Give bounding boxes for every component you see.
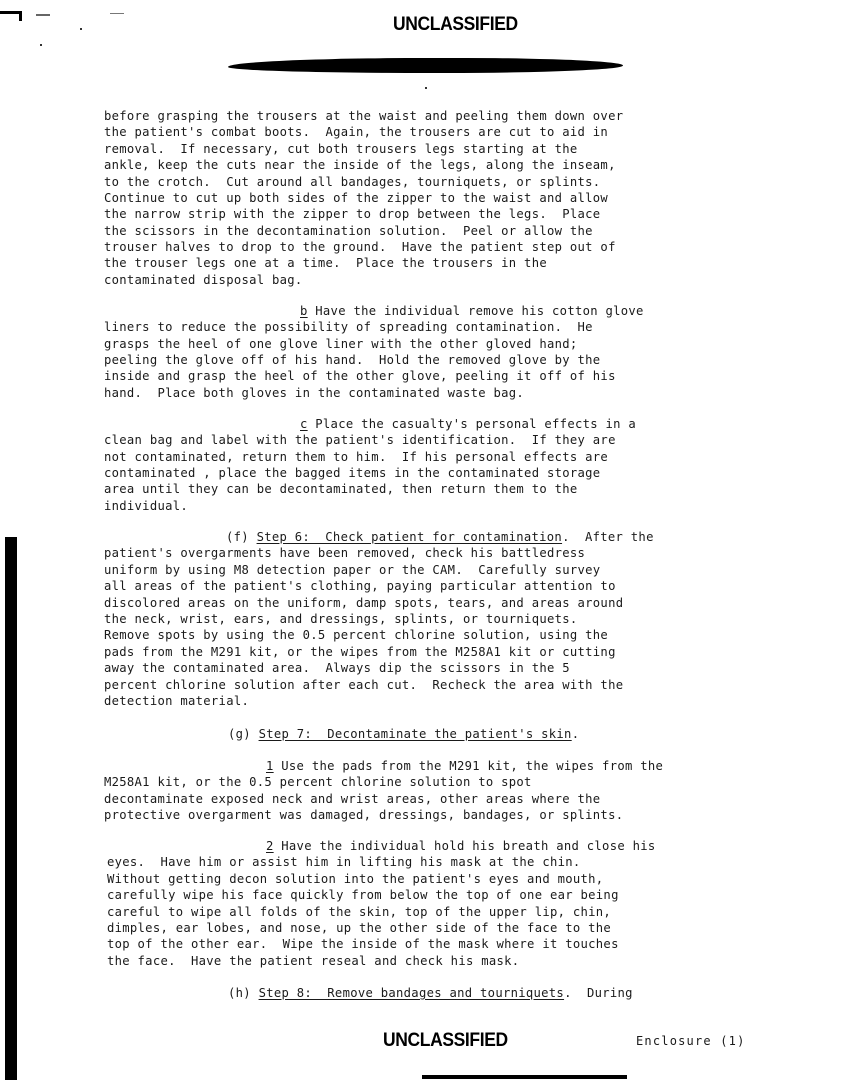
text-line: patient's overgarments have been removed… [104, 545, 585, 561]
header-classification: UNCLASSIFIED [393, 14, 518, 36]
enclosure-label: Enclosure (1) [636, 1034, 746, 1048]
text-line: ankle, keep the cuts near the inside of … [104, 157, 616, 173]
text-line: not contaminated, return them to him. If… [104, 449, 608, 465]
step-heading-line: (f) Step 6: Check patient for contaminat… [226, 529, 654, 545]
text-line: clean bag and label with the patient's i… [104, 432, 616, 448]
text-line: all areas of the patient's clothing, pay… [104, 578, 616, 594]
scan-speck [40, 44, 42, 46]
margin-change-bar [5, 537, 17, 1080]
text-line-first: c Place the casualty's personal effects … [300, 416, 636, 432]
corner-mark-stem [19, 11, 22, 21]
text: . [572, 727, 580, 741]
text-line: protective overgarment was damaged, dres… [104, 807, 623, 823]
text-line-first: 2 Have the individual hold his breath an… [266, 838, 656, 854]
item-marker: c [300, 417, 308, 431]
text-line-first: b Have the individual remove his cotton … [300, 303, 644, 319]
step-8-heading-line: (h) Step 8: Remove bandages and tourniqu… [228, 985, 633, 1001]
step-label: (g) [228, 727, 259, 741]
text-line: trouser halves to drop to the ground. Ha… [104, 239, 616, 255]
text-line: pads from the M291 kit, or the wipes fro… [104, 644, 616, 660]
text-line: inside and grasp the heel of the other g… [104, 368, 616, 384]
step-7-heading-line: (g) Step 7: Decontaminate the patient's … [228, 726, 579, 742]
text-line: top of the other ear. Wipe the inside of… [107, 936, 619, 952]
text-line: carefully wipe his face quickly from bel… [107, 887, 619, 903]
text: . After the [562, 530, 654, 544]
text-line: discolored areas on the uniform, damp sp… [104, 595, 623, 611]
text-line: decontaminate exposed neck and wrist are… [104, 791, 600, 807]
text-line: detection material. [104, 693, 249, 709]
text-line: grasps the heel of one glove liner with … [104, 336, 578, 352]
step-label: (f) [226, 530, 257, 544]
text-line: removal. If necessary, cut both trousers… [104, 141, 578, 157]
step-heading: Step 6: Check patient for contamination [257, 530, 563, 544]
text-line: the patient's combat boots. Again, the t… [104, 124, 608, 140]
text-line: percent chlorine solution after each cut… [104, 677, 623, 693]
text: Have the individual remove his cotton gl… [308, 304, 644, 318]
scan-speck [425, 87, 427, 89]
text: Use the pads from the M291 kit, the wipe… [274, 759, 664, 773]
text-line: to the crotch. Cut around all bandages, … [104, 174, 600, 190]
document-page: UNCLASSIFIED before grasping the trouser… [0, 0, 850, 1087]
text-line: M258A1 kit, or the 0.5 percent chlorine … [104, 774, 532, 790]
text-line: Continue to cut up both sides of the zip… [104, 190, 608, 206]
step-heading: Step 8: Remove bandages and tourniquets [259, 986, 565, 1000]
text-line: peeling the glove off of his hand. Hold … [104, 352, 600, 368]
text-line: the neck, wrist, ears, and dressings, sp… [104, 611, 578, 627]
scan-speck [110, 13, 124, 14]
text-line: the scissors in the decontamination solu… [104, 223, 593, 239]
text-line: individual. [104, 498, 188, 514]
step-heading: Step 7: Decontaminate the patient's skin [259, 727, 572, 741]
text-line: careful to wipe all folds of the skin, t… [107, 904, 611, 920]
text-line: contaminated disposal bag. [104, 272, 303, 288]
footer-rule [422, 1075, 627, 1079]
text-line: before grasping the trousers at the wais… [104, 108, 623, 124]
item-marker: 2 [266, 839, 274, 853]
text-line: the face. Have the patient reseal and ch… [107, 953, 519, 969]
scan-speck [80, 28, 82, 30]
item-marker: b [300, 304, 308, 318]
text-line: away the contaminated area. Always dip t… [104, 660, 570, 676]
text-line: dimples, ear lobes, and nose, up the oth… [107, 920, 611, 936]
text-line: eyes. Have him or assist him in lifting … [107, 854, 581, 870]
footer-classification: UNCLASSIFIED [383, 1030, 508, 1052]
text-line: the trouser legs one at a time. Place th… [104, 255, 547, 271]
text-line: the narrow strip with the zipper to drop… [104, 206, 600, 222]
text-line: liners to reduce the possibility of spre… [104, 319, 593, 335]
text: . During [564, 986, 633, 1000]
redaction-bar [228, 58, 623, 73]
text-line: area until they can be decontaminated, t… [104, 481, 578, 497]
text-line: contaminated , place the bagged items in… [104, 465, 600, 481]
step-label: (h) [228, 986, 259, 1000]
item-marker: 1 [266, 759, 274, 773]
text: Have the individual hold his breath and … [274, 839, 656, 853]
scan-speck [36, 14, 50, 16]
text-line: uniform by using M8 detection paper or t… [104, 562, 600, 578]
text-line-first: 1 Use the pads from the M291 kit, the wi… [266, 758, 663, 774]
text-line: hand. Place both gloves in the contamina… [104, 385, 524, 401]
text-line: Remove spots by using the 0.5 percent ch… [104, 627, 608, 643]
text: Place the casualty's personal effects in… [308, 417, 636, 431]
text-line: Without getting decon solution into the … [107, 871, 603, 887]
